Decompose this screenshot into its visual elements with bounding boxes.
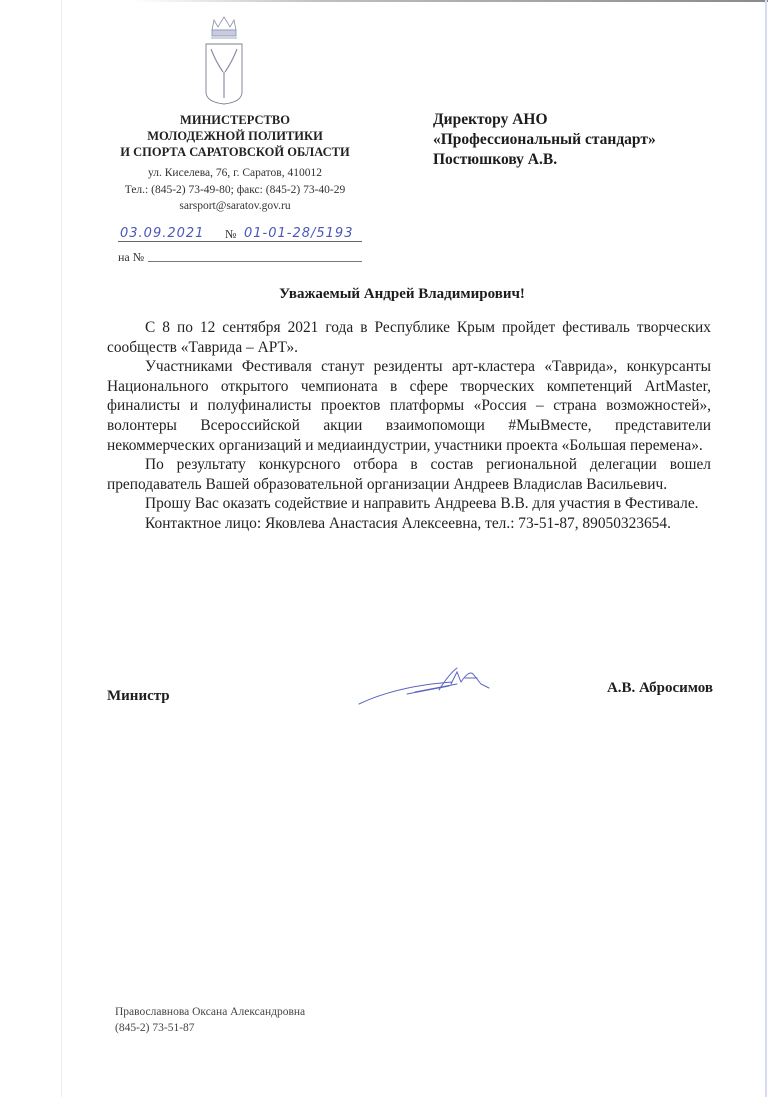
signer-position: Министр [107, 688, 170, 705]
salutation: Уважаемый Андрей Владимирович! [92, 286, 712, 303]
letter-body: С 8 по 12 сентября 2021 года в Республик… [107, 318, 711, 534]
executor-name: Православнова Оксана Александровна [115, 1004, 305, 1020]
ministry-contacts: ул. Киселева, 76, г. Саратов, 410012 Тел… [92, 165, 378, 215]
coat-of-arms-icon [202, 14, 246, 106]
executor-phone: (845-2) 73-51-87 [115, 1020, 305, 1036]
body-paragraph: Участниками Фестиваля станут резиденты а… [107, 357, 711, 455]
reference-underline [148, 261, 362, 262]
ministry-address: ул. Киселева, 76, г. Саратов, 410012 [92, 165, 378, 182]
addressee-line: «Профессиональный стандарт» [433, 130, 753, 150]
executor-block: Православнова Оксана Александровна (845-… [115, 1004, 305, 1036]
scan-edge-top [133, 0, 768, 2]
body-paragraph: С 8 по 12 сентября 2021 года в Республик… [107, 318, 711, 357]
scan-edge-left [61, 0, 62, 1097]
ministry-name-line: И СПОРТА САРАТОВСКОЙ ОБЛАСТИ [92, 144, 378, 160]
signature-block: Министр А.В. Абросимов [107, 680, 713, 720]
ministry-phone-fax: Тел.: (845-2) 73-49-80; факс: (845-2) 73… [92, 182, 378, 199]
body-paragraph: Прошу Вас оказать содействие и направить… [107, 494, 711, 514]
signer-name: А.В. Абросимов [607, 680, 713, 697]
registration-number: 01-01-28/5193 [244, 226, 353, 241]
registration-date: 03.09.2021 [120, 226, 204, 241]
registration-underline [118, 241, 362, 242]
ministry-name-line: МОЛОДЕЖНОЙ ПОЛИТИКИ [92, 128, 378, 144]
addressee-line: Директору АНО [433, 110, 753, 130]
ministry-name: МИНИСТЕРСТВО МОЛОДЕЖНОЙ ПОЛИТИКИ И СПОРТ… [92, 112, 378, 160]
ministry-name-line: МИНИСТЕРСТВО [92, 112, 378, 128]
handwritten-signature-icon [357, 666, 497, 706]
addressee-line: Постюшкову А.В. [433, 150, 753, 170]
registration-line: 03.09.2021 № 01-01-28/5193 [118, 226, 362, 244]
reference-label: на № [118, 250, 144, 264]
body-paragraph: Контактное лицо: Яковлева Анастасия Алек… [107, 514, 711, 534]
scan-edge-right [765, 0, 767, 1097]
reference-line: на № [118, 248, 362, 264]
addressee-block: Директору АНО «Профессиональный стандарт… [433, 110, 753, 170]
body-paragraph: По результату конкурсного отбора в соста… [107, 455, 711, 494]
ministry-email: sarsport@saratov.gov.ru [92, 198, 378, 215]
number-sign: № [225, 227, 236, 242]
